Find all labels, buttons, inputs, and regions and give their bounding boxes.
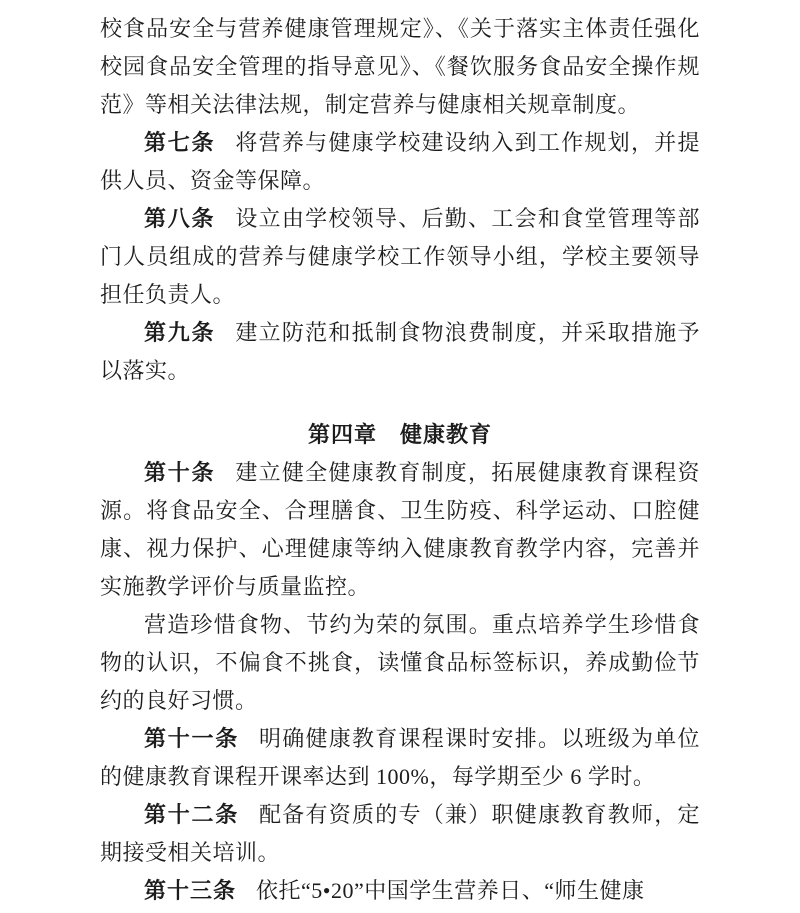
paragraph-article-9: 第九条建立防范和抵制食物浪费制度，并采取措施予以落实。: [100, 314, 700, 390]
paragraph-text: 校食品安全与营养健康管理规定》、《关于落实主体责任强化校园食品安全管理的指导意见…: [100, 16, 700, 117]
document-page: 校食品安全与营养健康管理规定》、《关于落实主体责任强化校园食品安全管理的指导意见…: [0, 0, 800, 913]
article-label: 第十二条: [144, 802, 259, 827]
paragraph-article-7: 第七条将营养与健康学校建设纳入到工作规划，并提供人员、资金等保障。: [100, 124, 700, 200]
paragraph-continuation: 校食品安全与营养健康管理规定》、《关于落实主体责任强化校园食品安全管理的指导意见…: [100, 10, 700, 124]
paragraph-article-8: 第八条设立由学校领导、后勤、工会和食堂管理等部门人员组成的营养与健康学校工作领导…: [100, 200, 700, 314]
article-label: 第十条: [144, 460, 235, 485]
paragraph-article-10: 第十条建立健全健康教育制度，拓展健康教育课程资源。将食品安全、合理膳食、卫生防疫…: [100, 454, 700, 606]
article-label: 第八条: [144, 206, 235, 231]
paragraph-text: 营造珍惜食物、节约为荣的氛围。重点培养学生珍惜食物的认识，不偏食不挑食，读懂食品…: [100, 612, 700, 713]
article-label: 第七条: [144, 130, 235, 155]
paragraph-text: 依托“5•20”中国学生营养日、“师生健康: [256, 878, 645, 903]
paragraph-article-12: 第十二条配备有资质的专（兼）职健康教育教师，定期接受相关培训。: [100, 796, 700, 872]
article-label: 第十三条: [144, 878, 256, 903]
paragraph-body: 营造珍惜食物、节约为荣的氛围。重点培养学生珍惜食物的认识，不偏食不挑食，读懂食品…: [100, 606, 700, 720]
chapter-heading: 第四章 健康教育: [100, 416, 700, 454]
article-label: 第九条: [144, 320, 235, 345]
paragraph-article-13: 第十三条依托“5•20”中国学生营养日、“师生健康: [100, 872, 700, 910]
paragraph-article-11: 第十一条明确健康教育课程课时安排。以班级为单位的健康教育课程开课率达到 100%…: [100, 720, 700, 796]
article-label: 第十一条: [144, 726, 259, 751]
